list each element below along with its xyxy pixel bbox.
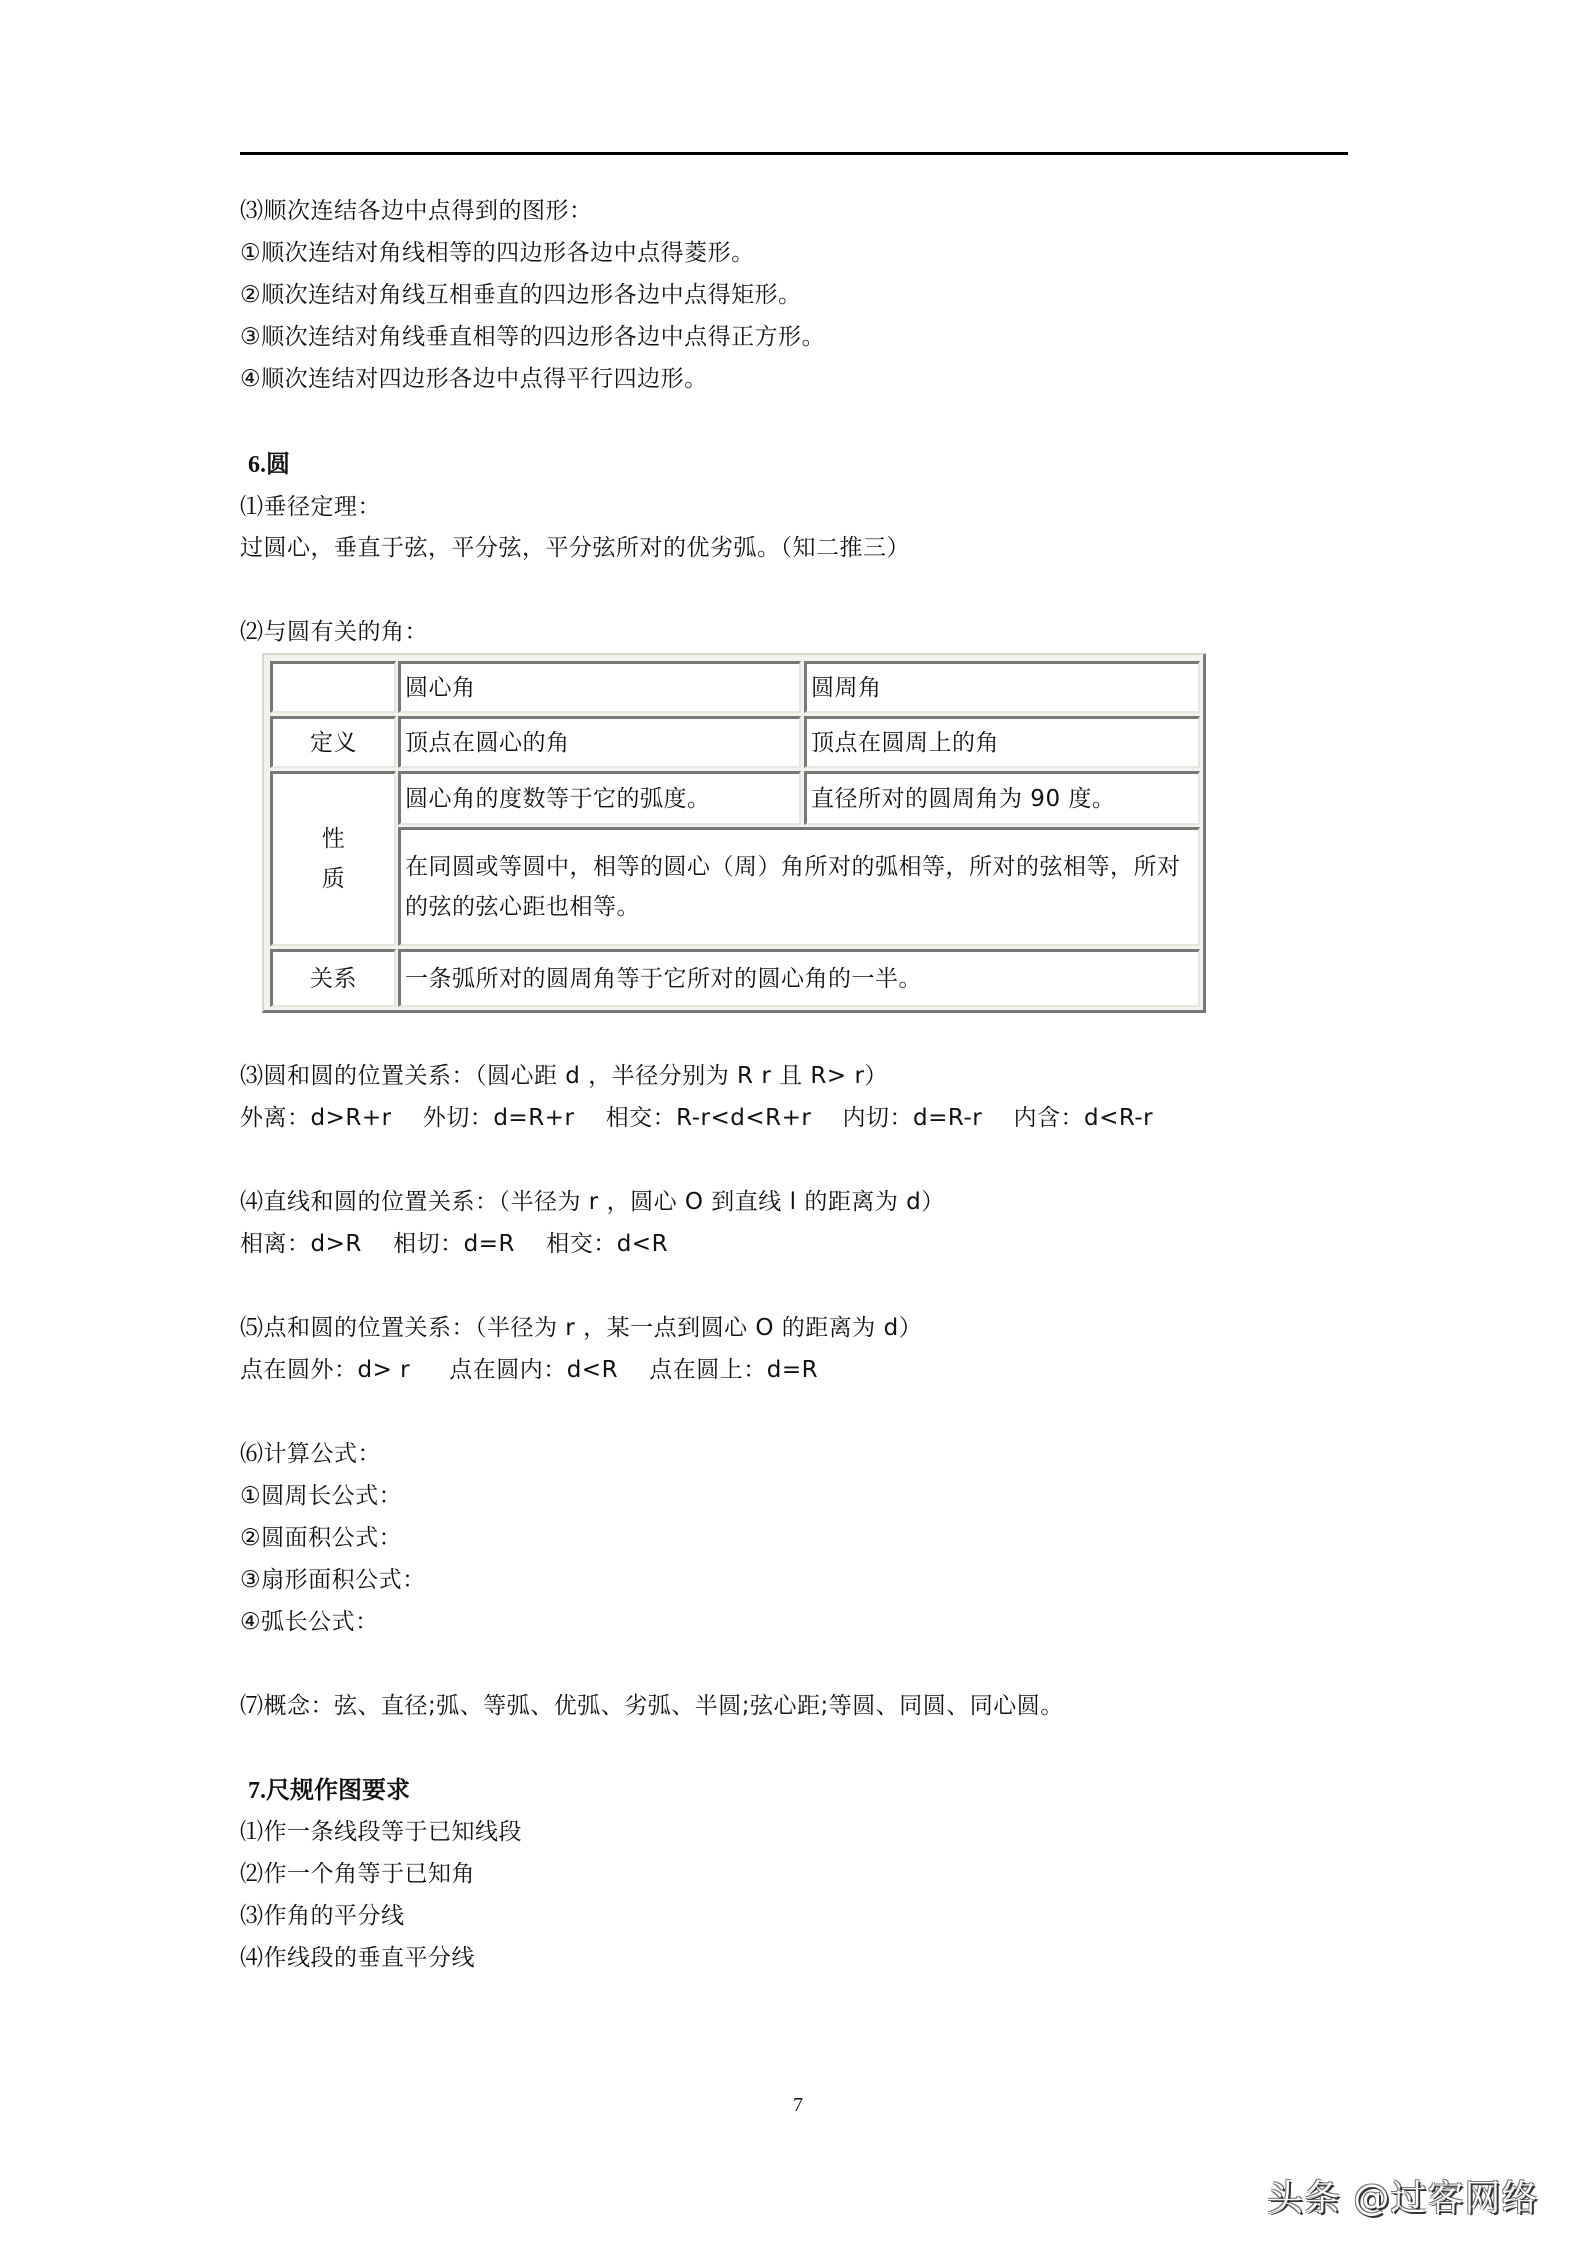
watermark: 头条 @过客网络	[1267, 2170, 1538, 2221]
section-title: 尺规作图要求	[266, 1776, 410, 1804]
table-cell-definition-central: 顶点在圆心的角	[398, 716, 801, 768]
perpendicular-diameter-text: 过圆心，垂直于弦，平分弦，平分弦所对的优劣弧。（知二推三）	[240, 533, 910, 563]
section-heading-circle: 6.圆	[248, 449, 290, 480]
section-number: 7.	[248, 1778, 266, 1804]
construction-item: ⑴作一条线段等于已知线段	[240, 1817, 522, 1847]
midpoint-shapes-title: ⑶顺次连结各边中点得到的图形：	[240, 196, 593, 226]
midpoint-item: ③顺次连结对角线垂直相等的四边形各边中点得正方形。	[240, 322, 825, 352]
circle-circle-relations: 外离：d>R+r 外切：d=R+r 相交：R-r<d<R+r 内切：d=R-r …	[240, 1103, 1153, 1133]
table-cell-property-inscribed: 直径所对的圆周角为 90 度。	[804, 771, 1200, 825]
formula-item: ①圆周长公式：	[240, 1481, 402, 1511]
line-circle-relations: 相离：d>R 相切：d=R 相交：d<R	[240, 1229, 668, 1259]
property-label-char: 质	[322, 859, 346, 899]
table-header-central-angle: 圆心角	[398, 661, 801, 713]
table-corner-cell	[270, 661, 396, 713]
table-header-inscribed-angle: 圆周角	[804, 661, 1200, 713]
point-circle-title: ⑸点和圆的位置关系：（半径为 r ，某一点到圆心 O 的距离为 d）	[240, 1313, 922, 1343]
section-number: 6.	[248, 452, 266, 478]
page-number: 7	[793, 2094, 803, 2117]
table-cell-property-central: 圆心角的度数等于它的弧度。	[398, 771, 801, 825]
table-row-label-property: 性 质	[270, 771, 396, 946]
construction-item: ⑷作线段的垂直平分线	[240, 1943, 475, 1973]
formulas-title: ⑹计算公式：	[240, 1439, 381, 1469]
table-cell-relation: 一条弧所对的圆周角等于它所对的圆心角的一半。	[398, 949, 1200, 1007]
table-cell-property-shared: 在同圆或等圆中，相等的圆心（周）角所对的弧相等，所对的弦相等，所对的弦的弦心距也…	[398, 827, 1200, 946]
formula-item: ③扇形面积公式：	[240, 1565, 426, 1595]
perpendicular-diameter-title: ⑴垂径定理：	[240, 492, 381, 522]
section-heading-construction: 7.尺规作图要求	[248, 1775, 410, 1806]
circle-circle-title: ⑶圆和圆的位置关系：（圆心距 d ，半径分别为 R r 且 R> r）	[240, 1061, 888, 1091]
table-row-label-definition: 定义	[270, 716, 396, 768]
line-circle-title: ⑷直线和圆的位置关系：（半径为 r ，圆心 O 到直线 l 的距离为 d）	[240, 1187, 945, 1217]
construction-item: ⑵作一个角等于已知角	[240, 1859, 475, 1889]
midpoint-item: ①顺次连结对角线相等的四边形各边中点得菱形。	[240, 238, 755, 268]
table-cell-definition-inscribed: 顶点在圆周上的角	[804, 716, 1200, 768]
circle-angles-title: ⑵与圆有关的角：	[240, 617, 428, 647]
point-circle-relations: 点在圆外：d> r 点在圆内：d<R 点在圆上：d=R	[240, 1355, 818, 1385]
section-title: 圆	[266, 450, 290, 478]
midpoint-item: ④顺次连结对四边形各边中点得平行四边形。	[240, 364, 708, 394]
table-row-label-relation: 关系	[270, 949, 396, 1007]
property-label-char: 性	[322, 819, 346, 859]
formula-item: ④弧长公式：	[240, 1607, 379, 1637]
circle-angles-table: 圆心角 圆周角 定义 顶点在圆心的角 顶点在圆周上的角 性 质 圆心角的度数等于…	[262, 653, 1206, 1013]
header-rule	[240, 152, 1348, 155]
construction-item: ⑶作角的平分线	[240, 1901, 405, 1931]
concepts-text: ⑺概念：弦、直径;弧、等弧、优弧、劣弧、半圆;弦心距;等圆、同圆、同心圆。	[240, 1691, 1064, 1721]
formula-item: ②圆面积公式：	[240, 1523, 402, 1553]
midpoint-item: ②顺次连结对角线互相垂直的四边形各边中点得矩形。	[240, 280, 802, 310]
